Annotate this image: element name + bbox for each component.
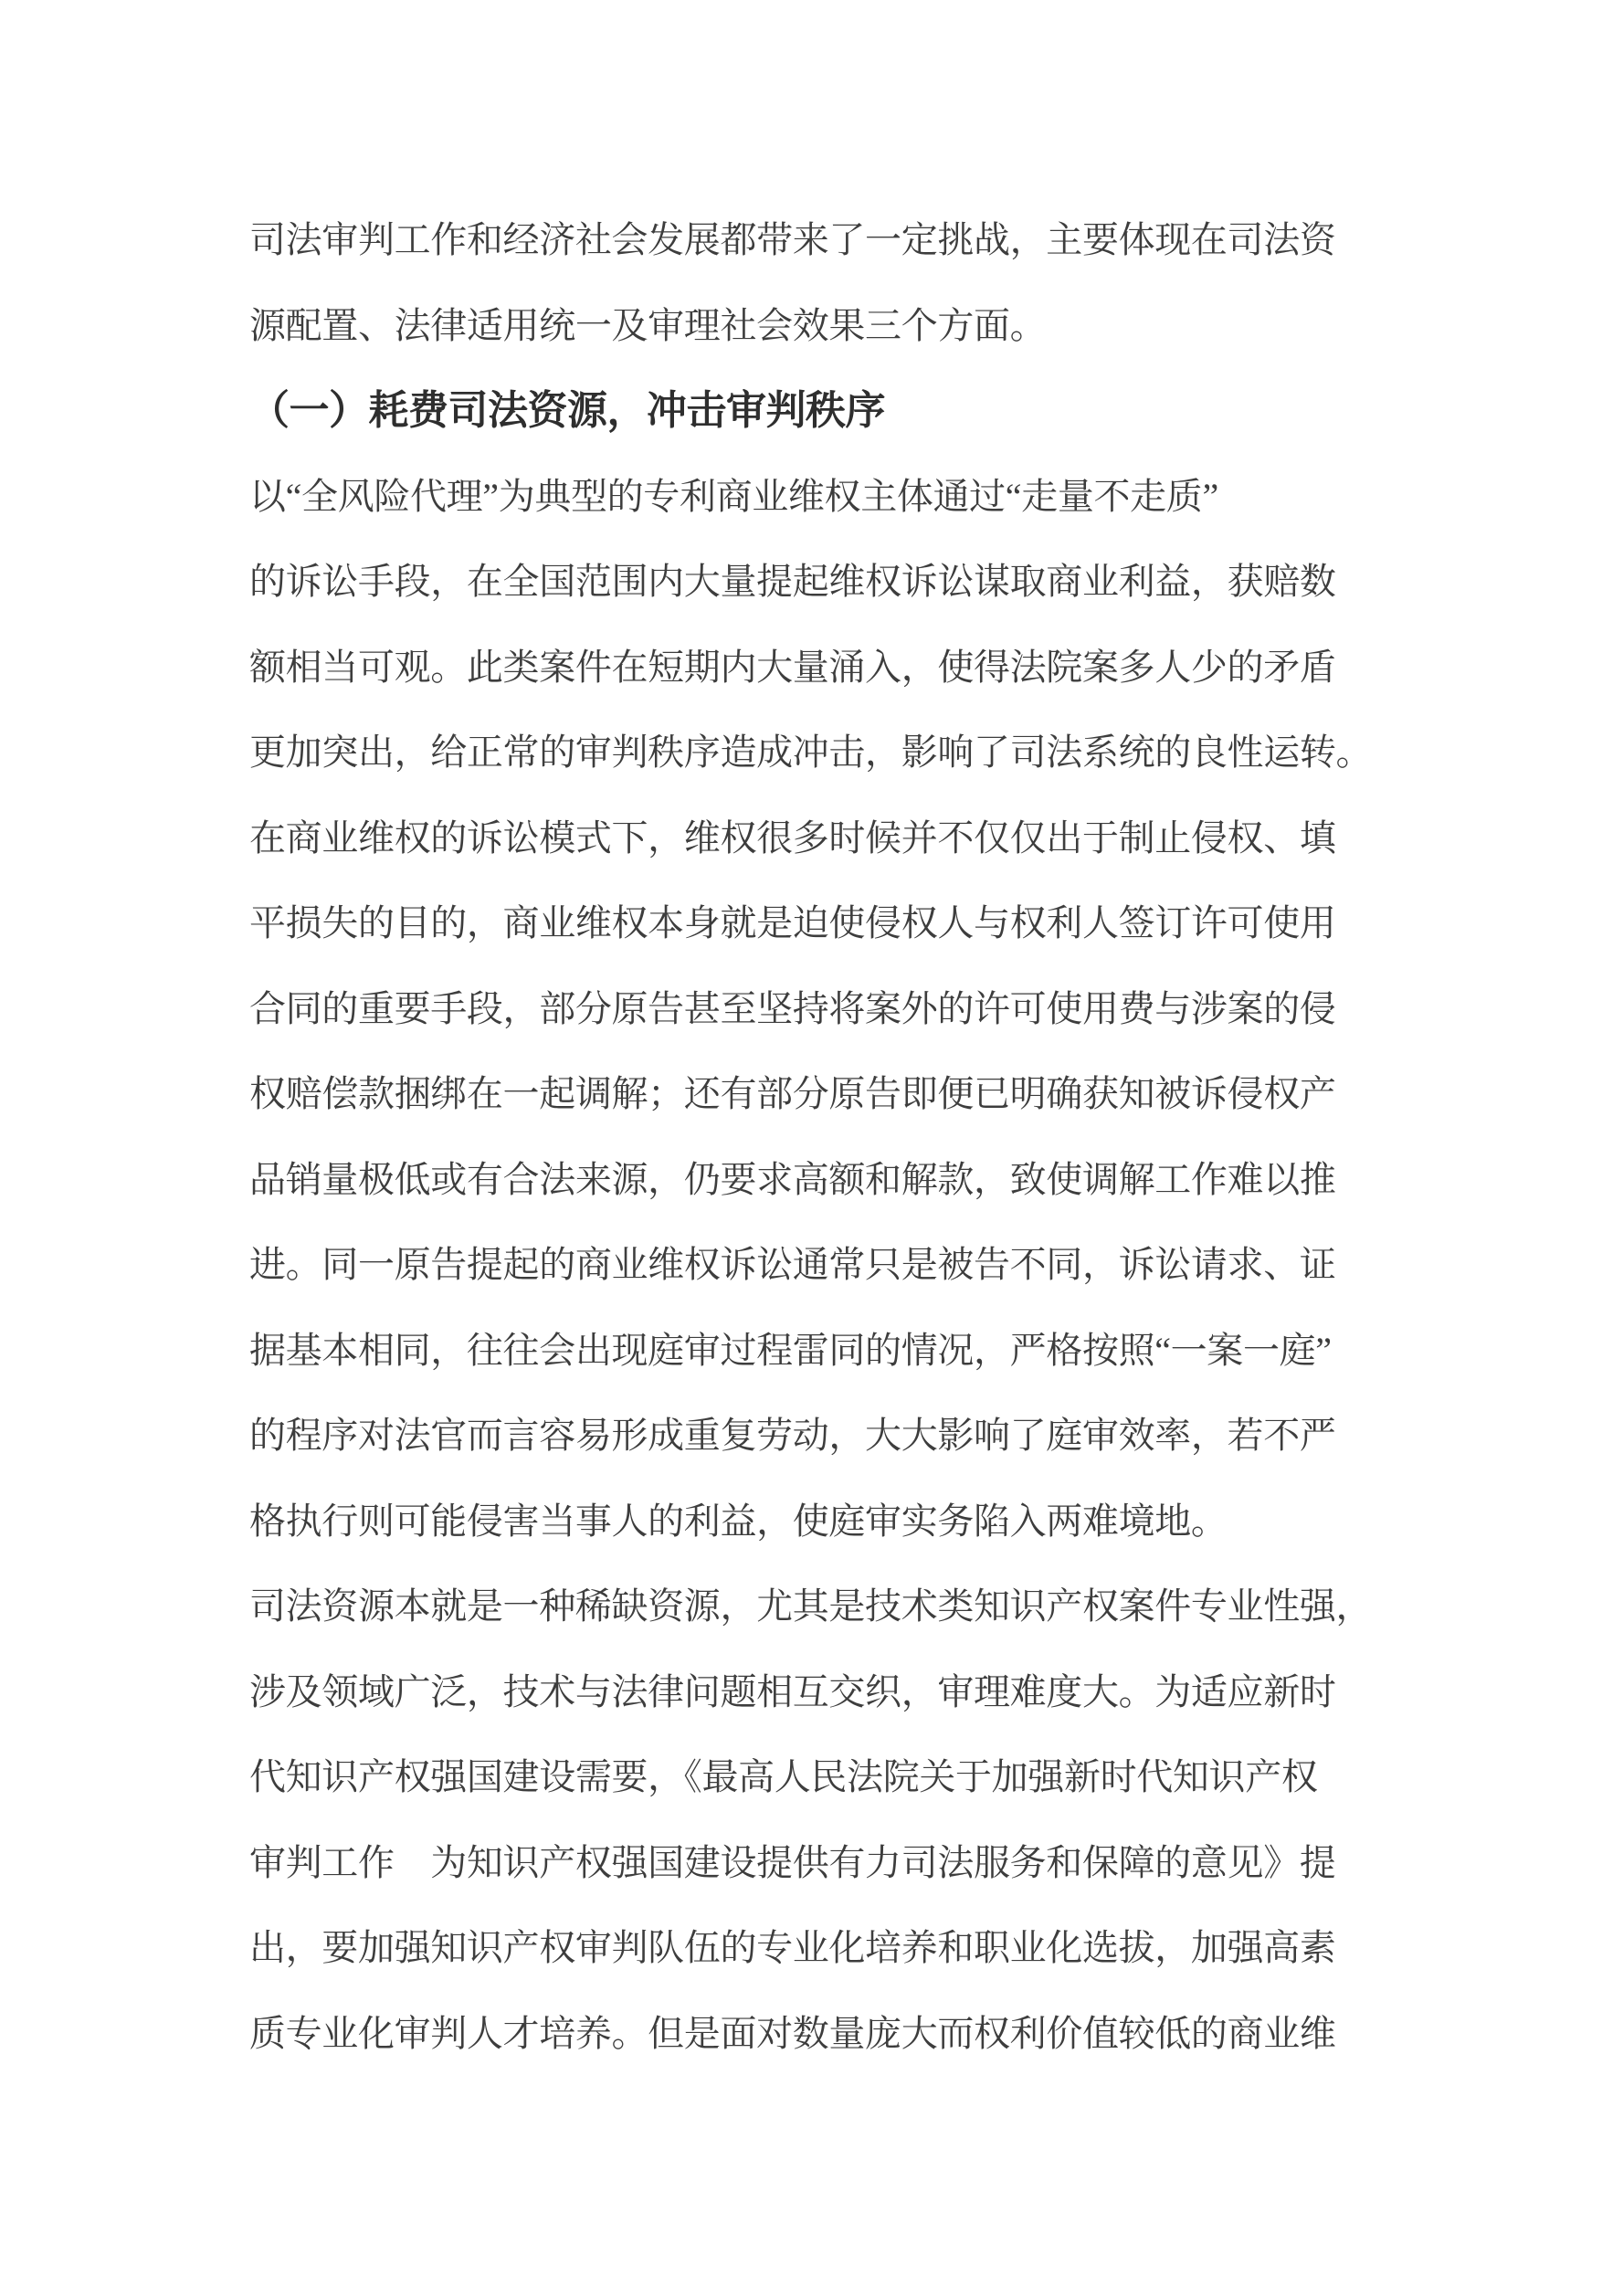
document-text-block: 司法审判工作和经济社会发展都带来了一定挑战，主要体现在司法资 源配置、法律适用统… xyxy=(249,197,1386,2076)
text-line: 平损失的目的，商业维权本身就是迫使侵权人与权利人签订许可使用 xyxy=(249,880,1386,966)
text-line: 额相当可观。此类案件在短期内大量涌入，使得法院案多人少的矛盾 xyxy=(249,625,1386,711)
text-line: 的程序对法官而言容易形成重复劳动，大大影响了庭审效率，若不严 xyxy=(249,1393,1386,1479)
text-line: 出，要加强知识产权审判队伍的专业化培养和职业化选拔，加强高素 xyxy=(249,1905,1386,1991)
text-line: 合同的重要手段，部分原告甚至坚持将案外的许可使用费与涉案的侵 xyxy=(249,966,1386,1052)
text-line: 源配置、法律适用统一及审理社会效果三个方面。 xyxy=(249,283,1386,369)
text-line: 品销量极低或有合法来源，仍要求高额和解款，致使调解工作难以推 xyxy=(249,1137,1386,1223)
text-line: 以“全风险代理”为典型的专利商业维权主体通过“走量不走质” xyxy=(249,454,1386,540)
document-page: 司法审判工作和经济社会发展都带来了一定挑战，主要体现在司法资 源配置、法律适用统… xyxy=(0,0,1623,2296)
text-line: 司法资源本就是一种稀缺资源，尤其是技术类知识产权案件专业性强， xyxy=(249,1564,1386,1649)
text-line: 更加突出，给正常的审判秩序造成冲击，影响了司法系统的良性运转。 xyxy=(249,710,1386,795)
text-line: 司法审判工作和经济社会发展都带来了一定挑战，主要体现在司法资 xyxy=(249,197,1386,283)
text-line: 质专业化审判人才培养。但是面对数量庞大而权利价值较低的商业维 xyxy=(249,1991,1386,2077)
text-line: 的诉讼手段，在全国范围内大量提起维权诉讼谋取商业利益，获赔数 xyxy=(249,539,1386,625)
section-heading: （一）耗费司法资源，冲击审判秩序 xyxy=(249,368,1386,454)
text-line: 审判工作 为知识产权强国建设提供有力司法服务和保障的意见》提 xyxy=(249,1820,1386,1906)
text-line: 格执行则可能侵害当事人的利益，使庭审实务陷入两难境地。 xyxy=(249,1479,1386,1564)
text-line: 权赔偿款捆绑在一起调解；还有部分原告即便已明确获知被诉侵权产 xyxy=(249,1051,1386,1137)
text-line: 在商业维权的诉讼模式下，维权很多时候并不仅仅出于制止侵权、填 xyxy=(249,795,1386,881)
text-line: 进。同一原告提起的商业维权诉讼通常只是被告不同，诉讼请求、证 xyxy=(249,1222,1386,1308)
text-line: 代知识产权强国建设需要，《最高人民法院关于加强新时代知识产权 xyxy=(249,1734,1386,1820)
text-line: 据基本相同，往往会出现庭审过程雷同的情况，严格按照“一案一庭” xyxy=(249,1308,1386,1394)
text-line: 涉及领域广泛，技术与法律问题相互交织，审理难度大。为适应新时 xyxy=(249,1649,1386,1735)
